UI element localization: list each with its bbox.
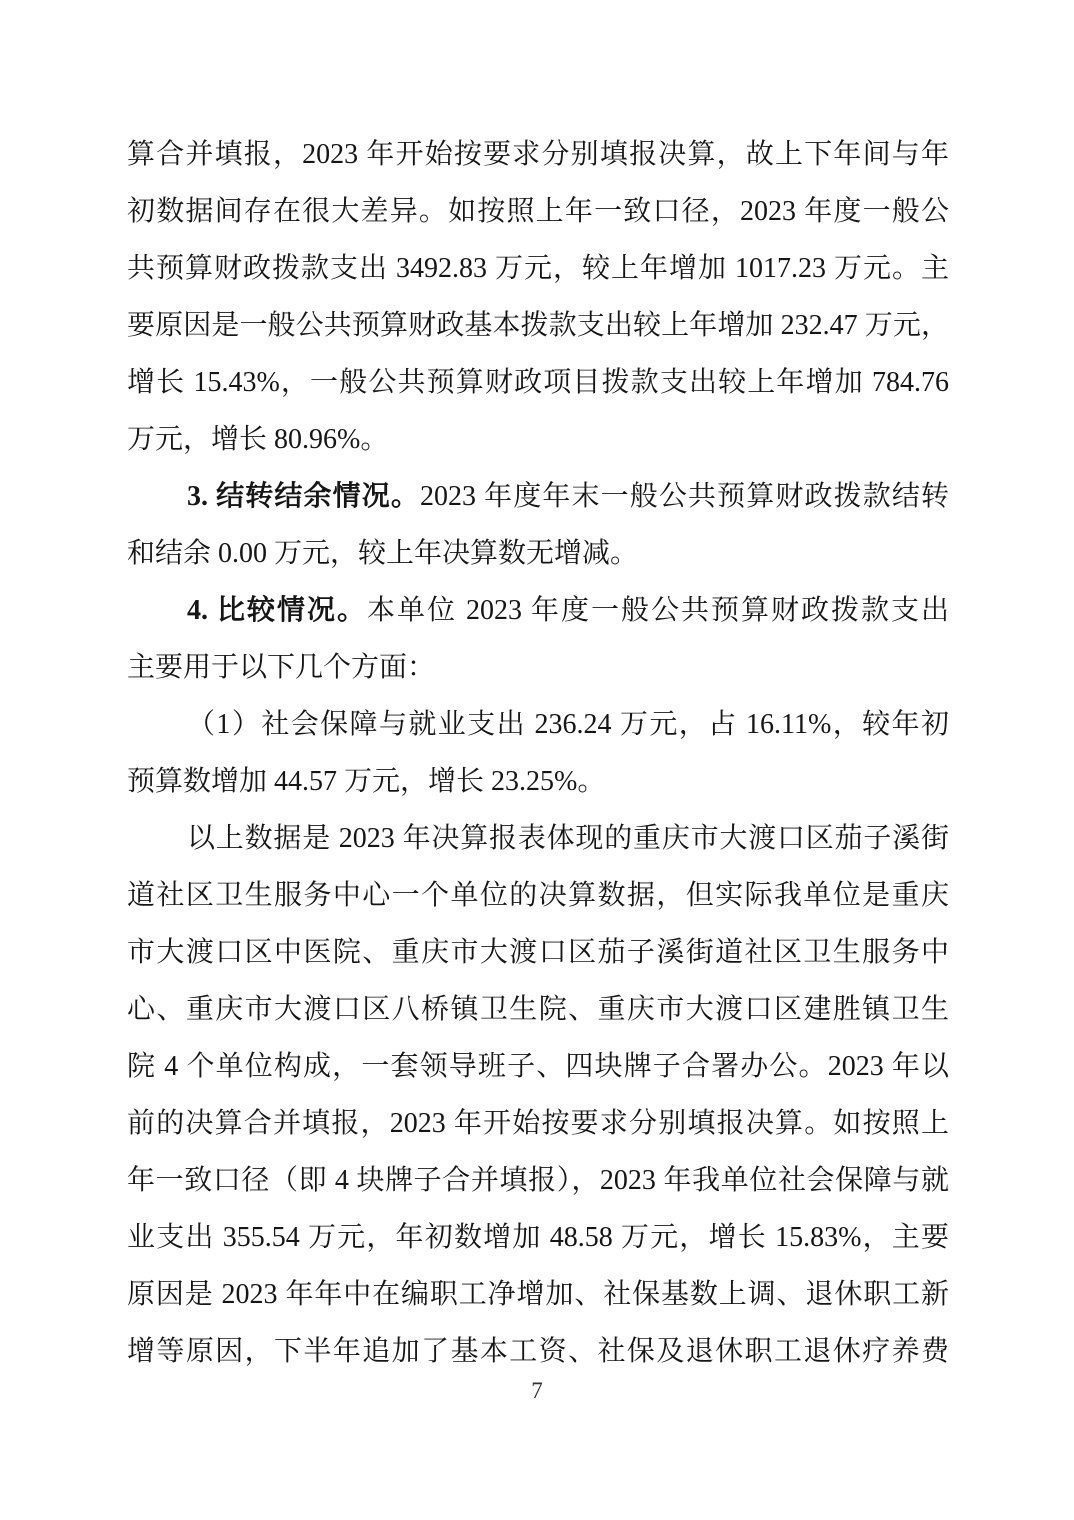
text-run: 年一致口径（即 4 块牌子合并填报），2023 年我单位社会保障与就 bbox=[127, 1165, 949, 1196]
text-line: 3. 结转结余情况。2023 年度年末一般公共预算财政拨款结转 bbox=[127, 468, 949, 525]
text-line: 市大渡口区中医院、重庆市大渡口区茄子溪街道社区卫生服务中 bbox=[127, 924, 949, 981]
text-run: 万元，增长 80.96%。 bbox=[127, 424, 388, 455]
text-line: 道社区卫生服务中心一个单位的决算数据，但实际我单位是重庆 bbox=[127, 867, 949, 924]
text-line: 初数据间存在很大差异。如按照上年一致口径，2023 年度一般公 bbox=[127, 183, 949, 240]
text-run: 道社区卫生服务中心一个单位的决算数据，但实际我单位是重庆 bbox=[127, 880, 949, 911]
text-run: 市大渡口区中医院、重庆市大渡口区茄子溪街道社区卫生服务中 bbox=[127, 937, 949, 968]
text-line: 年一致口径（即 4 块牌子合并填报），2023 年我单位社会保障与就 bbox=[127, 1152, 949, 1209]
text-line: 院 4 个单位构成，一套领导班子、四块牌子合署办公。2023 年以 bbox=[127, 1038, 949, 1095]
heading-run: 4. 比较情况。 bbox=[187, 595, 367, 626]
page-number: 7 bbox=[0, 1376, 1074, 1406]
text-line: 要原因是一般公共预算财政基本拨款支出较上年增加 232.47 万元， bbox=[127, 297, 949, 354]
text-line: 原因是 2023 年年中在编职工净增加、社保基数上调、退休职工新 bbox=[127, 1266, 949, 1323]
text-line: 和结余 0.00 万元，较上年决算数无增减。 bbox=[127, 525, 949, 582]
text-run: 增长 15.43%，一般公共预算财政项目拨款支出较上年增加 784.76 bbox=[127, 367, 949, 398]
text-line: 心、重庆市大渡口区八桥镇卫生院、重庆市大渡口区建胜镇卫生 bbox=[127, 981, 949, 1038]
text-line: 以上数据是 2023 年决算报表体现的重庆市大渡口区茄子溪街 bbox=[127, 810, 949, 867]
text-run: 算合并填报，2023 年开始按要求分别填报决算，故上下年间与年 bbox=[127, 139, 949, 170]
text-run: 2023 年度年末一般公共预算财政拨款结转 bbox=[420, 481, 949, 512]
text-run: 和结余 0.00 万元，较上年决算数无增减。 bbox=[127, 538, 638, 569]
text-line: 共预算财政拨款支出 3492.83 万元，较上年增加 1017.23 万元。主 bbox=[127, 240, 949, 297]
text-line: 主要用于以下几个方面： bbox=[127, 639, 949, 696]
text-run: 业支出 355.54 万元，年初数增加 48.58 万元，增长 15.83%，主… bbox=[127, 1222, 949, 1253]
text-run: 初数据间存在很大差异。如按照上年一致口径，2023 年度一般公 bbox=[127, 196, 949, 227]
text-run: 前的决算合并填报，2023 年开始按要求分别填报决算。如按照上 bbox=[127, 1108, 949, 1139]
text-run: 主要用于以下几个方面： bbox=[127, 652, 435, 683]
text-line: 前的决算合并填报，2023 年开始按要求分别填报决算。如按照上 bbox=[127, 1095, 949, 1152]
text-line: 增等原因，下半年追加了基本工资、社保及退休职工退休疗养费 bbox=[127, 1323, 949, 1380]
text-run: 原因是 2023 年年中在编职工净增加、社保基数上调、退休职工新 bbox=[127, 1279, 949, 1310]
text-line: 增长 15.43%，一般公共预算财政项目拨款支出较上年增加 784.76 bbox=[127, 354, 949, 411]
text-run: 心、重庆市大渡口区八桥镇卫生院、重庆市大渡口区建胜镇卫生 bbox=[127, 994, 949, 1025]
text-line: 算合并填报，2023 年开始按要求分别填报决算，故上下年间与年 bbox=[127, 126, 949, 183]
text-run: （1）社会保障与就业支出 236.24 万元，占 16.11%，较年初 bbox=[187, 709, 949, 740]
text-run: 本单位 2023 年度一般公共预算财政拨款支出 bbox=[367, 595, 949, 626]
text-line: （1）社会保障与就业支出 236.24 万元，占 16.11%，较年初 bbox=[127, 696, 949, 753]
document-page: 算合并填报，2023 年开始按要求分别填报决算，故上下年间与年初数据间存在很大差… bbox=[0, 0, 1074, 1520]
text-run: 院 4 个单位构成，一套领导班子、四块牌子合署办公。2023 年以 bbox=[127, 1051, 949, 1082]
document-body: 算合并填报，2023 年开始按要求分别填报决算，故上下年间与年初数据间存在很大差… bbox=[127, 126, 949, 1380]
text-line: 预算数增加 44.57 万元，增长 23.25%。 bbox=[127, 753, 949, 810]
text-run: 共预算财政拨款支出 3492.83 万元，较上年增加 1017.23 万元。主 bbox=[127, 253, 949, 284]
text-run: 预算数增加 44.57 万元，增长 23.25%。 bbox=[127, 766, 605, 797]
text-line: 万元，增长 80.96%。 bbox=[127, 411, 949, 468]
heading-run: 3. 结转结余情况。 bbox=[187, 481, 420, 512]
text-run: 要原因是一般公共预算财政基本拨款支出较上年增加 232.47 万元， bbox=[127, 310, 949, 341]
text-run: 增等原因，下半年追加了基本工资、社保及退休职工退休疗养费 bbox=[127, 1336, 949, 1367]
text-run: 以上数据是 2023 年决算报表体现的重庆市大渡口区茄子溪街 bbox=[187, 823, 949, 854]
text-line: 业支出 355.54 万元，年初数增加 48.58 万元，增长 15.83%，主… bbox=[127, 1209, 949, 1266]
text-line: 4. 比较情况。本单位 2023 年度一般公共预算财政拨款支出 bbox=[127, 582, 949, 639]
